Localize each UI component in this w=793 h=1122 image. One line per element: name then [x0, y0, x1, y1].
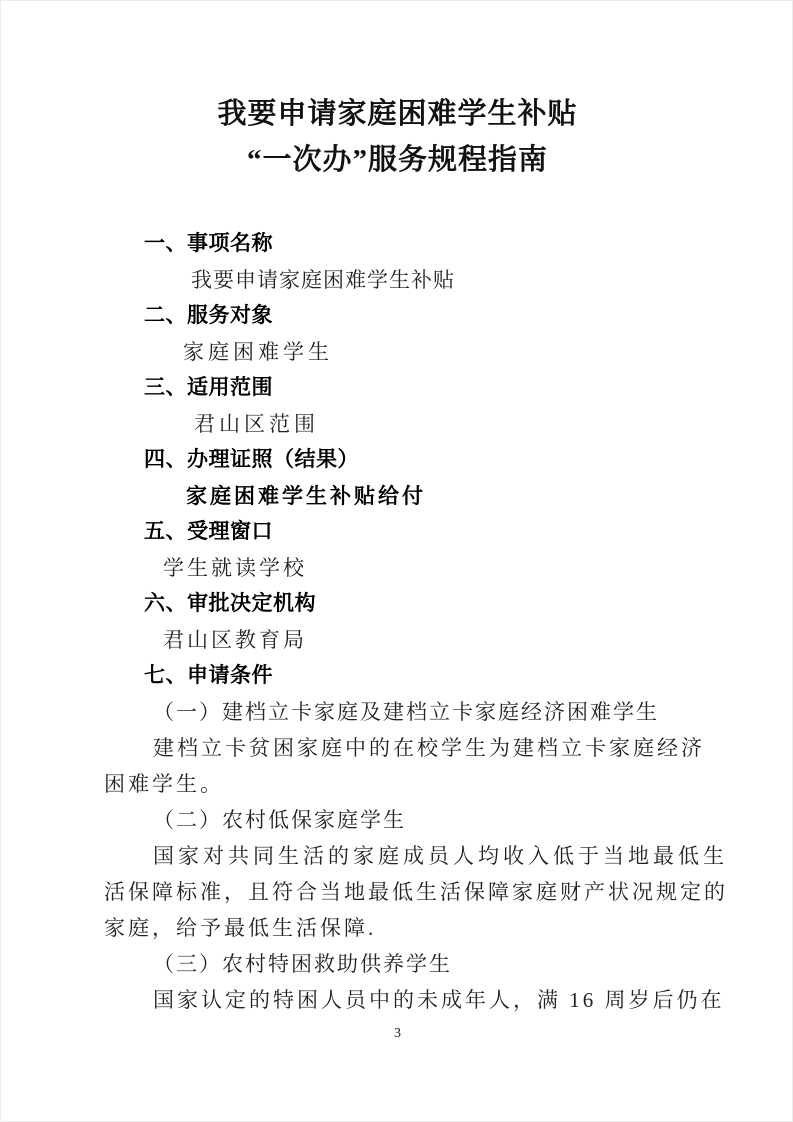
section-6-heading: 六、审批决定机构: [1, 586, 793, 622]
section-2-heading: 二、服务对象: [1, 298, 793, 334]
section-4-body-line: 家庭困难学生补贴给付: [1, 478, 793, 514]
section-7-paragraph-line: 困难学生。: [1, 766, 793, 802]
section-5-body-line: 学生就读学校: [1, 550, 793, 586]
section-5-heading: 五、受理窗口: [1, 514, 793, 550]
section-4-heading: 四、办理证照（结果）: [1, 442, 793, 478]
section-7-paragraph-line: 国家认定的特困人员中的未成年人，满 16 周岁后仍在: [1, 982, 793, 1018]
section-1-heading: 一、事项名称: [1, 226, 793, 262]
section-1-body-line: 我要申请家庭困难学生补贴: [1, 262, 793, 298]
section-7-paragraph-line: 国家对共同生活的家庭成员人均收入低于当地最低生: [1, 838, 793, 874]
page-number: 3: [1, 1016, 793, 1052]
document-body: 一、事项名称 我要申请家庭困难学生补贴 二、服务对象 家庭困难学生 三、适用范围…: [1, 226, 793, 1018]
section-3-body-line: 君山区范围: [1, 406, 793, 442]
section-3-heading: 三、适用范围: [1, 370, 793, 406]
section-6-body-line: 君山区教育局: [1, 622, 793, 658]
section-7-item-3-title: （三）农村特困救助供养学生: [1, 946, 793, 982]
section-7-paragraph-line: 家庭，给予最低生活保障.: [1, 910, 793, 946]
section-2-body-line: 家庭困难学生: [1, 334, 793, 370]
document-title-line-2: “一次办”服务规程指南: [1, 137, 793, 183]
document-page: 我要申请家庭困难学生补贴 “一次办”服务规程指南 一、事项名称 我要申请家庭困难…: [0, 0, 793, 1122]
section-7-heading: 七、申请条件: [1, 658, 793, 694]
section-7-item-2-title: （二）农村低保家庭学生: [1, 802, 793, 838]
section-7-item-1-title: （一）建档立卡家庭及建档立卡家庭经济困难学生: [1, 694, 793, 730]
section-7-paragraph-line: 建档立卡贫困家庭中的在校学生为建档立卡家庭经济: [1, 730, 793, 766]
section-7-paragraph-line: 活保障标准，且符合当地最低生活保障家庭财产状况规定的: [1, 874, 793, 910]
document-title-line-1: 我要申请家庭困难学生补贴: [1, 91, 793, 137]
